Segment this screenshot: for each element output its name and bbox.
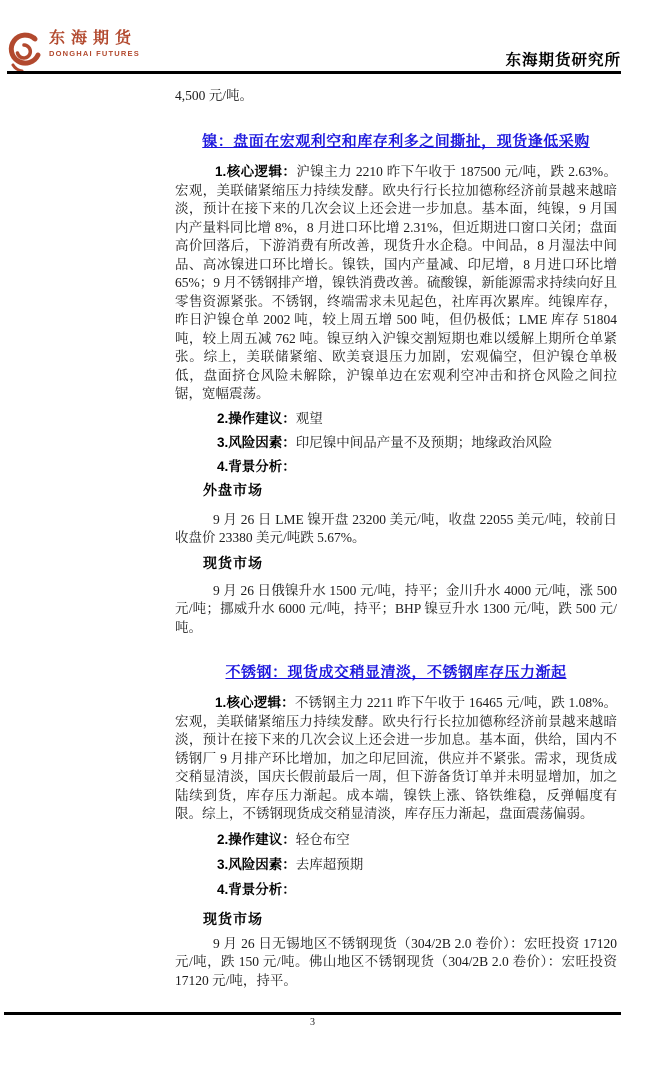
risk-factor-item: 3.风险因素：印尼镍中间品产量不及预期；地缘政治风险 bbox=[217, 433, 617, 452]
company-logo: 东海期货 DONGHAI FUTURES bbox=[5, 29, 140, 73]
operation-advice-label: 2.操作建议： bbox=[217, 832, 296, 847]
risk-factor-text: 去库超预期 bbox=[296, 857, 364, 872]
core-logic-label: 1.核心逻辑： bbox=[215, 695, 295, 710]
background-analysis-item: 4.背景分析： bbox=[217, 880, 617, 899]
core-logic-text: 沪镍主力 2210 昨下午收于 187500 元/吨，跌 2.63%。宏观，美联… bbox=[175, 164, 617, 401]
background-analysis-item: 4.背景分析： bbox=[217, 457, 617, 476]
report-content: 镍：盘面在宏观利空和库存利多之间撕扯，现货逢低采购 1.核心逻辑：沪镍主力 22… bbox=[175, 120, 617, 990]
background-analysis-label: 4.背景分析： bbox=[217, 459, 296, 474]
spot-market-paragraph: 9 月 26 日俄镍升水 1500 元/吨，持平；金川升水 4000 元/吨，涨… bbox=[175, 582, 617, 638]
risk-factor-label: 3.风险因素： bbox=[217, 857, 296, 872]
logo-text: 东海期货 DONGHAI FUTURES bbox=[49, 29, 140, 59]
core-logic-paragraph: 1.核心逻辑：不锈钢主力 2211 昨下午收于 16465 元/吨，跌 1.08… bbox=[175, 694, 617, 824]
dragon-logo-icon bbox=[5, 31, 43, 73]
risk-factor-item: 3.风险因素：去库超预期 bbox=[217, 855, 617, 874]
risk-factor-label: 3.风险因素： bbox=[217, 435, 296, 450]
page-number: 3 bbox=[4, 1017, 621, 1028]
logo-name-en: DONGHAI FUTURES bbox=[49, 49, 140, 59]
spot-market-paragraph: 9 月 26 日无锡地区不锈钢现货（304/2B 2.0 卷价）：宏旺投资 17… bbox=[175, 935, 617, 991]
section-stainless-steel: 不锈钢：现货成交稍显清淡，不锈钢库存压力渐起 1.核心逻辑：不锈钢主力 2211… bbox=[175, 663, 617, 990]
core-logic-text: 不锈钢主力 2211 昨下午收于 16465 元/吨，跌 1.08%。宏观，美联… bbox=[175, 695, 617, 821]
operation-advice-item: 2.操作建议：轻仓布空 bbox=[217, 830, 617, 849]
section-heading-stainless-steel: 不锈钢：现货成交稍显清淡，不锈钢库存压力渐起 bbox=[175, 663, 617, 683]
lme-market-paragraph: 9 月 26 日 LME 镍开盘 23200 美元/吨，收盘 22055 美元/… bbox=[175, 511, 617, 548]
core-logic-label: 1.核心逻辑： bbox=[215, 164, 296, 179]
operation-advice-item: 2.操作建议：观望 bbox=[217, 409, 617, 428]
subheading-spot-market: 现货市场 bbox=[203, 911, 617, 930]
subheading-lme-market: 外盘市场 bbox=[203, 482, 617, 501]
operation-advice-text: 轻仓布空 bbox=[296, 832, 350, 847]
section-nickel: 镍：盘面在宏观利空和库存利多之间撕扯，现货逢低采购 1.核心逻辑：沪镍主力 22… bbox=[175, 132, 617, 637]
header-rule bbox=[7, 71, 621, 74]
operation-advice-label: 2.操作建议： bbox=[217, 411, 296, 426]
subheading-spot-market: 现货市场 bbox=[203, 555, 617, 574]
core-logic-paragraph: 1.核心逻辑：沪镍主力 2210 昨下午收于 187500 元/吨，跌 2.63… bbox=[175, 163, 617, 404]
document-page: 东海期货 DONGHAI FUTURES 东海期货研究所 4,500 元/吨。 … bbox=[0, 0, 646, 1075]
risk-factor-text: 印尼镍中间品产量不及预期；地缘政治风险 bbox=[296, 435, 553, 450]
background-analysis-label: 4.背景分析： bbox=[217, 882, 296, 897]
operation-advice-text: 观望 bbox=[296, 411, 323, 426]
logo-name-cn: 东海期货 bbox=[49, 29, 140, 49]
research-institute-title: 东海期货研究所 bbox=[505, 48, 621, 70]
leading-paragraph-fragment: 4,500 元/吨。 bbox=[175, 84, 253, 104]
section-heading-nickel: 镍：盘面在宏观利空和库存利多之间撕扯，现货逢低采购 bbox=[175, 132, 617, 152]
footer-rule bbox=[4, 1012, 621, 1015]
